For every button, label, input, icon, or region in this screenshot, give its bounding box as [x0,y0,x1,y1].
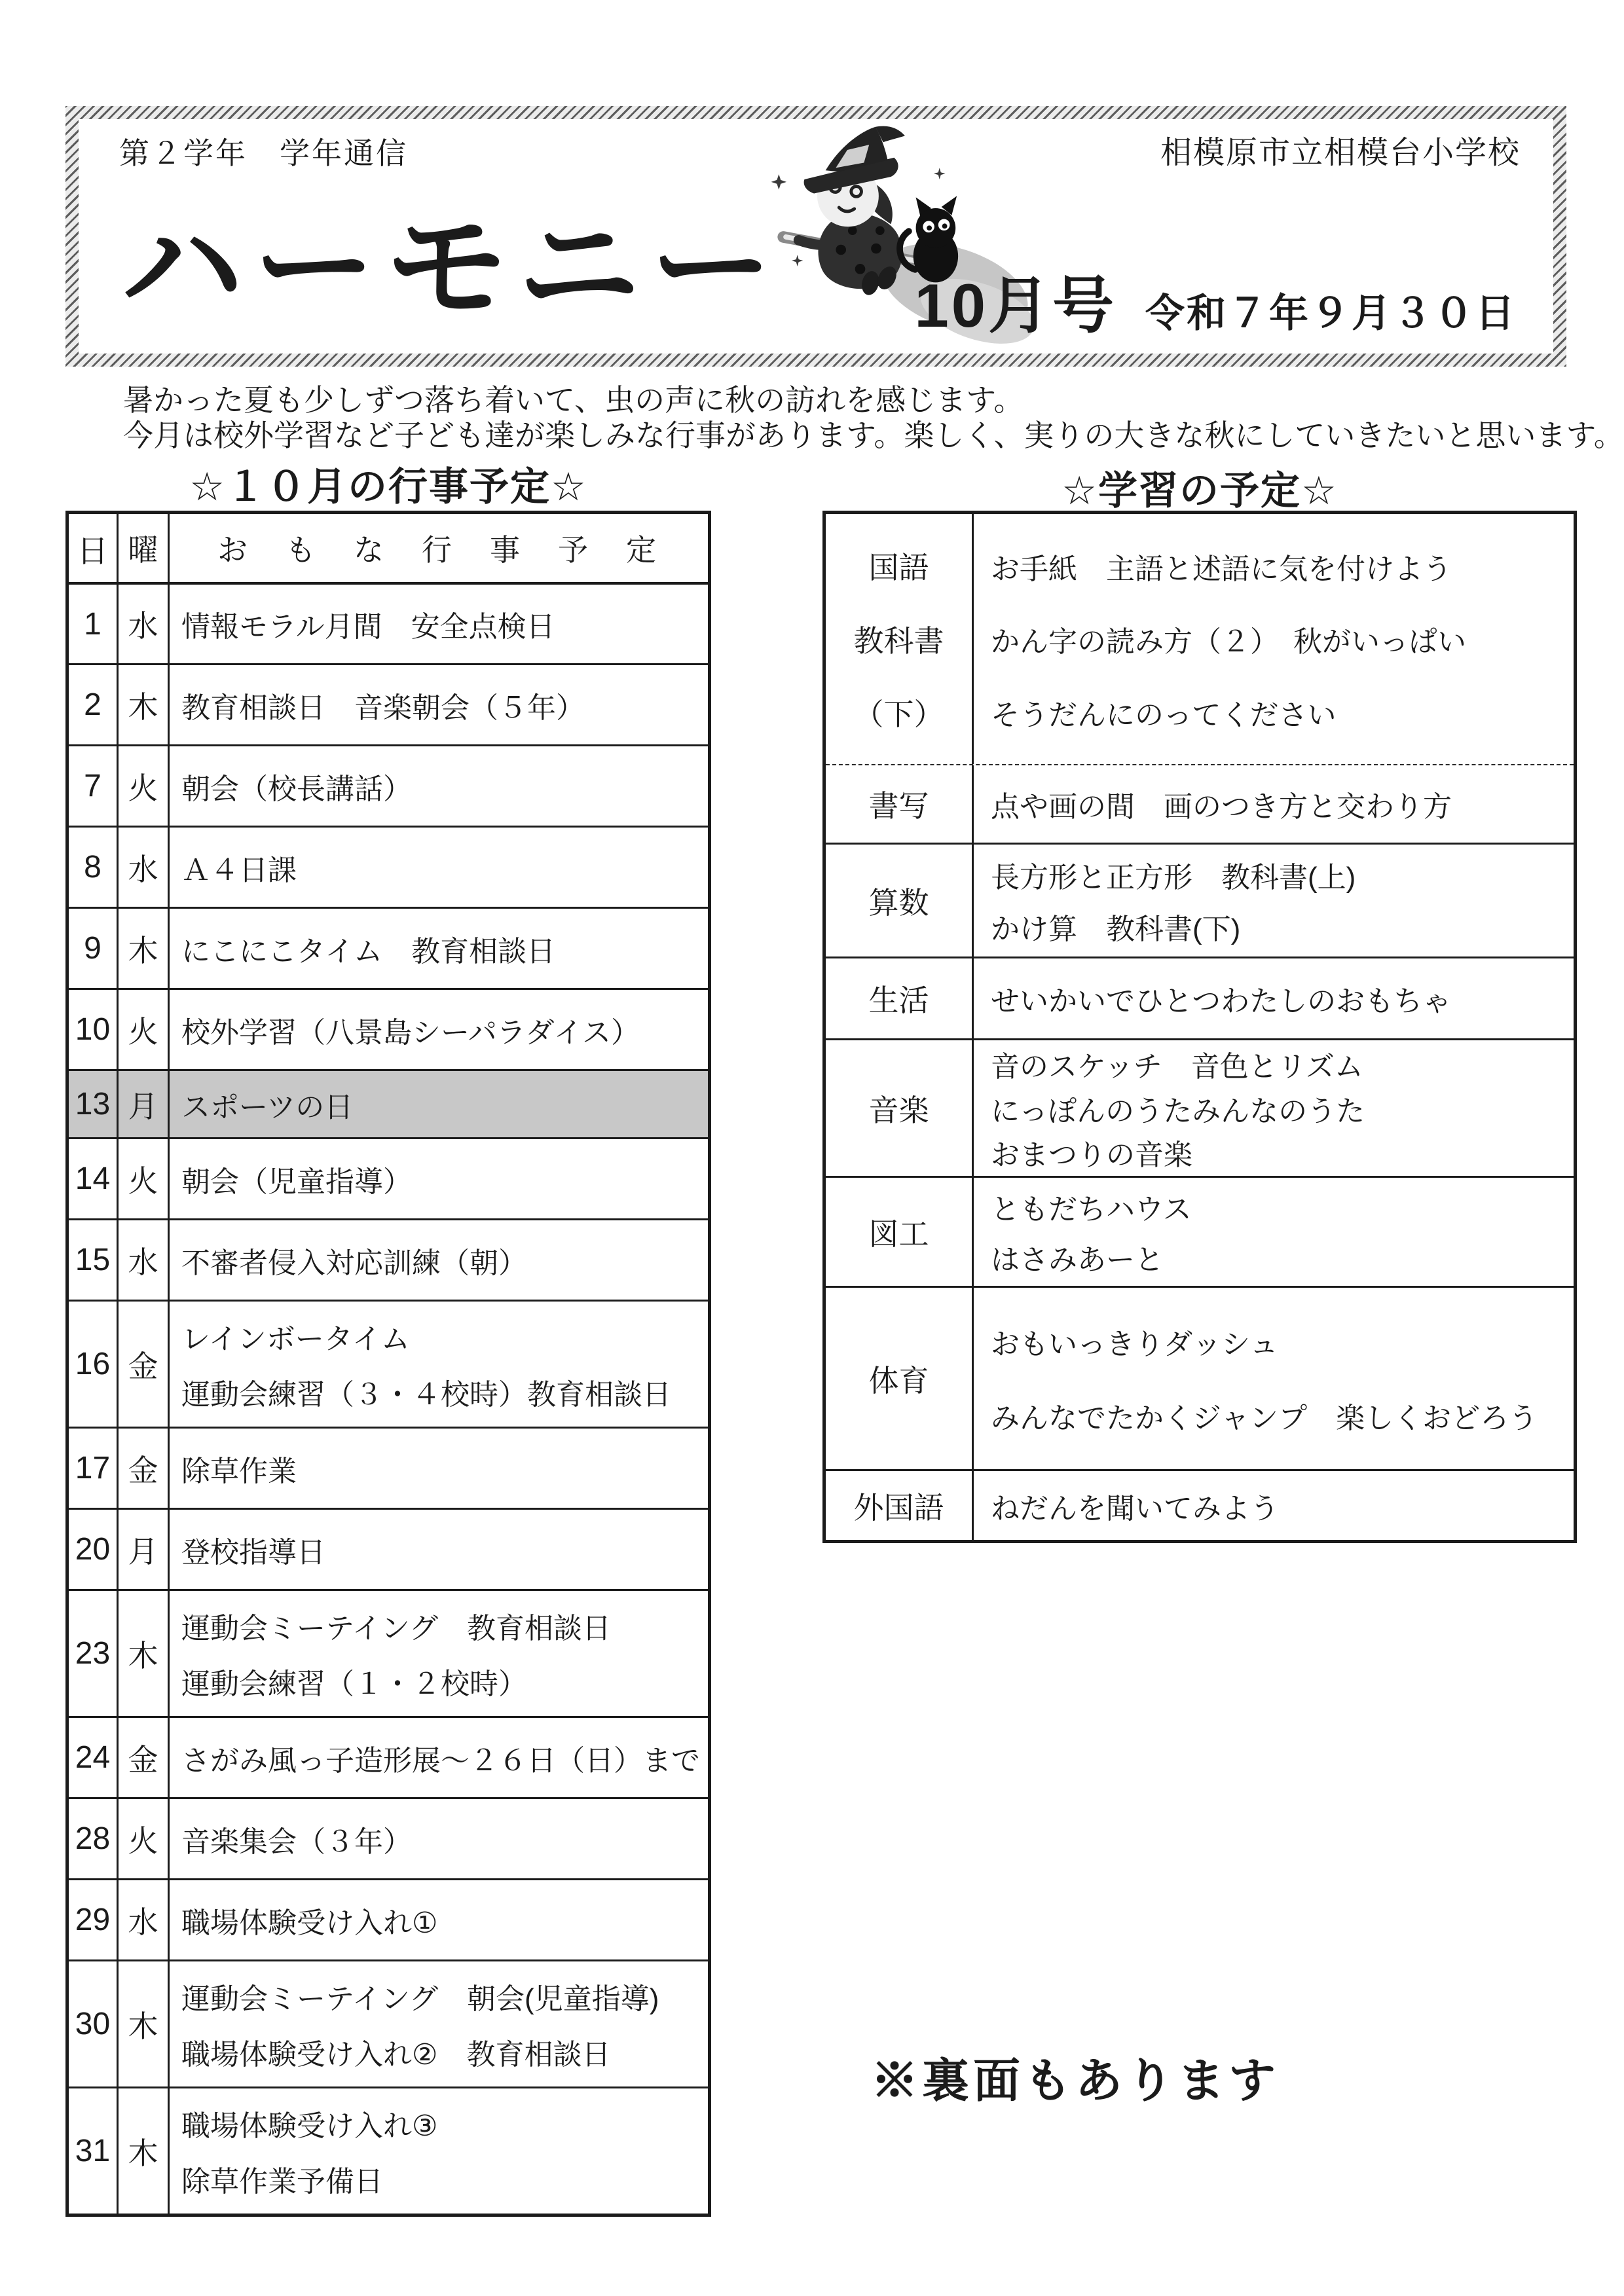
event-line: 登校指導日 [181,1529,325,1571]
learning-content-lines: お手紙 主語と述語に気を付けようかん字の読み方（２） 秋がいっぱいそうだんにのっ… [974,514,1574,764]
learning-content: せいかいでひとつわたしのおもちゃ [974,958,1574,1038]
event-row-17: 17金除草作業 [69,1427,708,1508]
event-description: 情報モラル月間 安全点検日 [170,585,708,663]
learning-content: 点や画の間 画のつき方と交わり方 [974,765,1574,843]
event-row-24: 24金さがみ風っ子造形展～２６日（日）まで [69,1716,708,1797]
event-line: 音楽集会（３年） [181,1818,412,1860]
event-weekday: 月 [119,1510,170,1589]
learning-subject-line: 体育 [869,1357,929,1400]
event-day: 16 [69,1302,119,1427]
learning-row-3: 生活せいかいでひとつわたしのおもちゃ [826,957,1574,1038]
newsletter-page: 第２学年 学年通信 相模原市立相模台小学校 ハーモニー [0,0,1624,2296]
learning-content: ともだちハウスはさみあーと [974,1178,1574,1286]
learning-content-lines: ともだちハウスはさみあーと [974,1178,1574,1286]
learning-subject: 図工 [826,1178,974,1286]
school-name: 相模原市立相模台小学校 [1160,127,1521,172]
witch-icon [799,126,905,297]
event-description-lines: レインボータイム運動会練習（３・４校時）教育相談日 [170,1302,708,1427]
event-description: 登校指導日 [170,1510,708,1589]
learning-content-lines: せいかいでひとつわたしのおもちゃ [974,958,1574,1038]
event-description-lines: 教育相談日 音楽朝会（５年） [170,665,708,744]
event-day: 23 [69,1591,119,1716]
event-day: 10 [69,990,119,1069]
event-line: 校外学習（八景島シーパラダイス） [181,1009,640,1051]
event-weekday: 金 [119,1302,170,1427]
event-day: 28 [69,1799,119,1878]
event-row-16: 16金レインボータイム運動会練習（３・４校時）教育相談日 [69,1300,708,1427]
learning-row-2: 算数長方形と正方形 教科書(上)かけ算 教科書(下) [826,843,1574,957]
issue-label: 10月号 [914,256,1116,344]
learning-content: 長方形と正方形 教科書(上)かけ算 教科書(下) [974,845,1574,957]
learning-subject: 外国語 [826,1471,974,1540]
event-row-14: 14火朝会（児童指導） [69,1137,708,1218]
event-row-9: 9木にこにこタイム 教育相談日 [69,907,708,988]
event-description: 教育相談日 音楽朝会（５年） [170,665,708,744]
learning-subject-line: 図工 [869,1211,929,1254]
event-description: 運動会ミーテイング 教育相談日運動会練習（１・２校時） [170,1591,708,1716]
event-weekday: 木 [119,909,170,988]
event-line: スポーツの日 [181,1084,353,1125]
newsletter-type: 第２学年 学年通信 [119,130,408,173]
learning-content-lines: おもいっきりダッシュみんなでたかくジャンプ 楽しくおどろう [974,1288,1574,1469]
learning-line: 点や画の間 画のつき方と交わり方 [991,783,1452,825]
event-day: 17 [69,1429,119,1508]
event-row-8: 8水Ａ４日課 [69,826,708,907]
learning-line: はさみあーと [991,1236,1164,1278]
events-col-main: お も な 行 事 予 定 [170,514,708,582]
event-row-20: 20月登校指導日 [69,1508,708,1589]
event-description-lines: 運動会ミーテイング 朝会(児童指導)職場体験受け入れ② 教育相談日 [170,1961,708,2086]
learning-subject-line: 生活 [869,977,929,1020]
learning-subject: 書写 [826,765,974,843]
event-weekday: 木 [119,665,170,744]
event-day: 7 [69,746,119,826]
event-row-13: 13月スポーツの日 [69,1069,708,1137]
learning-content: ねだんを聞いてみよう [974,1471,1574,1540]
event-description-lines: 職場体験受け入れ③除草作業予備日 [170,2088,708,2214]
event-weekday: 火 [119,1139,170,1218]
event-line: 朝会（校長講話） [181,765,412,807]
event-description: 運動会ミーテイング 朝会(児童指導)職場体験受け入れ② 教育相談日 [170,1961,708,2086]
learning-content-lines: 点や画の間 画のつき方と交わり方 [974,765,1574,843]
events-header-row: 日曜お も な 行 事 予 定 [69,514,708,582]
event-line: 運動会ミーテイング 教育相談日 [181,1605,611,1647]
event-weekday: 水 [119,1880,170,1959]
learning-row-1: 書写点や画の間 画のつき方と交わり方 [826,764,1574,843]
event-description: 職場体験受け入れ① [170,1880,708,1959]
learning-row-7: 外国語ねだんを聞いてみよう [826,1469,1574,1540]
event-line: 教育相談日 音楽朝会（５年） [181,684,585,726]
learning-line: ともだちハウス [991,1186,1192,1228]
event-day: 8 [69,828,119,907]
learning-line: お手紙 主語と述語に気を付けよう [991,545,1452,587]
event-day: 2 [69,665,119,744]
event-day: 9 [69,909,119,988]
event-weekday: 月 [119,1071,170,1137]
header-box: 第２学年 学年通信 相模原市立相模台小学校 ハーモニー [65,106,1566,367]
event-row-15: 15水不審者侵入対応訓練（朝） [69,1218,708,1300]
events-col-day: 日 [69,514,119,582]
learning-content: お手紙 主語と述語に気を付けようかん字の読み方（２） 秋がいっぱいそうだんにのっ… [974,514,1574,764]
event-day: 30 [69,1961,119,2086]
learning-line: そうだんにのってください [991,691,1337,733]
event-day: 1 [69,585,119,663]
event-description: レインボータイム運動会練習（３・４校時）教育相談日 [170,1302,708,1427]
event-description-lines: 朝会（児童指導） [170,1139,708,1218]
learning-subject: 体育 [826,1288,974,1469]
learning-line: かけ算 教科書(下) [991,905,1240,947]
event-day: 13 [69,1071,119,1137]
event-description: Ａ４日課 [170,828,708,907]
event-description: 音楽集会（３年） [170,1799,708,1878]
learning-table: 国語教科書（下）お手紙 主語と述語に気を付けようかん字の読み方（２） 秋がいっぱ… [822,511,1577,1543]
event-row-2: 2木教育相談日 音楽朝会（５年） [69,663,708,744]
event-description-lines: 運動会ミーテイング 教育相談日運動会練習（１・２校時） [170,1591,708,1716]
back-side-note: ※裏面もあります [871,2043,1280,2111]
learning-line: おまつりの音楽 [991,1131,1192,1173]
learning-content-lines: ねだんを聞いてみよう [974,1471,1574,1540]
event-day: 14 [69,1139,119,1218]
learning-row-4: 音楽音のスケッチ 音色とリズムにっぽんのうたみんなのうたおまつりの音楽 [826,1038,1574,1176]
event-description: 除草作業 [170,1429,708,1508]
learning-content: おもいっきりダッシュみんなでたかくジャンプ 楽しくおどろう [974,1288,1574,1469]
event-row-23: 23木運動会ミーテイング 教育相談日運動会練習（１・２校時） [69,1589,708,1716]
learning-subject-line: 音楽 [869,1087,929,1130]
event-line: Ａ４日課 [181,847,297,888]
event-description-lines: Ａ４日課 [170,828,708,907]
event-line: 運動会練習（１・２校時） [181,1660,527,1702]
event-row-10: 10火校外学習（八景島シーパラダイス） [69,988,708,1069]
learning-row-0: 国語教科書（下）お手紙 主語と述語に気を付けようかん字の読み方（２） 秋がいっぱ… [826,514,1574,764]
event-description-lines: 不審者侵入対応訓練（朝） [170,1220,708,1300]
learning-subject-line: 教科書 [854,617,944,661]
issue-date: 令和７年９月３０日 [1145,282,1517,338]
events-col-main-label: お も な 行 事 予 定 [217,526,660,570]
event-description-lines: 登校指導日 [170,1510,708,1589]
learning-subject-line: 書写 [869,782,929,826]
learning-content-lines: 音のスケッチ 音色とリズムにっぽんのうたみんなのうたおまつりの音楽 [974,1040,1574,1176]
event-line: 職場体験受け入れ① [181,1899,437,1941]
event-description: にこにこタイム 教育相談日 [170,909,708,988]
event-row-28: 28火音楽集会（３年） [69,1797,708,1878]
event-line: 朝会（児童指導） [181,1158,412,1200]
learning-subject: 国語教科書（下） [826,514,974,764]
event-description: 校外学習（八景島シーパラダイス） [170,990,708,1069]
issue-info: 10月号 令和７年９月３０日 [914,256,1517,344]
event-weekday: 木 [119,2088,170,2214]
learning-line: ねだんを聞いてみよう [991,1485,1279,1527]
event-description-lines: さがみ風っ子造形展～２６日（日）まで [170,1718,708,1797]
intro-paragraph: 暑かった夏も少しずつ落ち着いて、虫の声に秋の訪れを感じます。 今月は校外学習など… [123,382,1624,454]
event-row-29: 29水職場体験受け入れ① [69,1878,708,1959]
event-day: 31 [69,2088,119,2214]
learning-subject: 音楽 [826,1040,974,1176]
event-description: 職場体験受け入れ③除草作業予備日 [170,2088,708,2214]
event-line: 除草作業 [181,1448,297,1489]
events-table: 日曜お も な 行 事 予 定1水情報モラル月間 安全点検日2木教育相談日 音楽… [65,511,711,2217]
event-weekday: 火 [119,1799,170,1878]
learning-subject-line: 算数 [869,879,929,922]
learning-subject: 算数 [826,845,974,957]
event-row-7: 7火朝会（校長講話） [69,744,708,826]
event-description-lines: スポーツの日 [170,1071,708,1137]
event-day: 29 [69,1880,119,1959]
event-row-31: 31木職場体験受け入れ③除草作業予備日 [69,2086,708,2214]
header-inner: 第２学年 学年通信 相模原市立相模台小学校 ハーモニー [79,119,1553,354]
event-description-lines: 職場体験受け入れ① [170,1880,708,1959]
learning-content: 音のスケッチ 音色とリズムにっぽんのうたみんなのうたおまつりの音楽 [974,1040,1574,1176]
event-line: レインボータイム [181,1315,410,1357]
learning-line: にっぽんのうたみんなのうた [991,1087,1365,1129]
newsletter-title: ハーモニー [120,206,782,329]
event-line: 職場体験受け入れ② 教育相談日 [181,2031,610,2073]
event-day: 20 [69,1510,119,1589]
learning-subject: 生活 [826,958,974,1038]
event-line: 運動会練習（３・４校時）教育相談日 [181,1371,671,1413]
event-weekday: 金 [119,1429,170,1508]
event-weekday: 水 [119,828,170,907]
event-line: 除草作業予備日 [181,2158,383,2200]
learning-line: 音のスケッチ 音色とリズム [991,1043,1363,1085]
event-weekday: 水 [119,1220,170,1300]
events-col-weekday: 曜 [119,514,170,582]
learning-line: おもいっきりダッシュ [991,1321,1278,1362]
event-weekday: 木 [119,1961,170,2086]
event-description-lines: 音楽集会（３年） [170,1799,708,1878]
learning-content-lines: 長方形と正方形 教科書(上)かけ算 教科書(下) [974,845,1574,957]
event-description-lines: にこにこタイム 教育相談日 [170,909,708,988]
event-line: 不審者侵入対応訓練（朝） [181,1239,527,1281]
event-weekday: 火 [119,746,170,826]
event-description-lines: 除草作業 [170,1429,708,1508]
event-description-lines: 情報モラル月間 安全点検日 [170,585,708,663]
event-line: 運動会ミーテイング 朝会(児童指導) [181,1975,659,2017]
event-description-lines: 朝会（校長講話） [170,746,708,826]
event-row-1: 1水情報モラル月間 安全点検日 [69,582,708,663]
event-weekday: 水 [119,585,170,663]
event-description: スポーツの日 [170,1071,708,1137]
event-description: 不審者侵入対応訓練（朝） [170,1220,708,1300]
learning-subject-line: 国語 [869,544,929,587]
intro-line-2: 今月は校外学習など子ども達が楽しみな行事があります。楽しく、実りの大きな秋にして… [123,418,1624,453]
learning-line: かん字の読み方（２） 秋がいっぱい [991,618,1466,660]
learning-subject-line: （下） [854,691,944,734]
event-description: 朝会（児童指導） [170,1139,708,1218]
event-day: 15 [69,1220,119,1300]
intro-line-1: 暑かった夏も少しずつ落ち着いて、虫の声に秋の訪れを感じます。 [123,382,1624,418]
event-description: 朝会（校長講話） [170,746,708,826]
event-weekday: 金 [119,1718,170,1797]
learning-line: 長方形と正方形 教科書(上) [991,854,1356,896]
learning-row-6: 体育おもいっきりダッシュみんなでたかくジャンプ 楽しくおどろう [826,1286,1574,1469]
learning-heading: ☆学習の予定☆ [822,460,1577,516]
learning-line: みんなでたかくジャンプ 楽しくおどろう [991,1394,1538,1436]
events-heading: ☆１０月の行事予定☆ [65,456,711,512]
learning-subject-line: 外国語 [854,1484,944,1527]
event-line: 職場体験受け入れ③ [181,2102,437,2144]
event-weekday: 木 [119,1591,170,1716]
learning-row-5: 図工ともだちハウスはさみあーと [826,1176,1574,1286]
event-description: さがみ風っ子造形展～２６日（日）まで [170,1718,708,1797]
event-line: 情報モラル月間 安全点検日 [181,603,555,645]
learning-line: せいかいでひとつわたしのおもちゃ [991,977,1451,1019]
events-col-main-lines: お も な 行 事 予 定 [170,514,708,582]
event-description-lines: 校外学習（八景島シーパラダイス） [170,990,708,1069]
event-day: 24 [69,1718,119,1797]
event-row-30: 30木運動会ミーテイング 朝会(児童指導)職場体験受け入れ② 教育相談日 [69,1959,708,2086]
event-line: さがみ風っ子造形展～２６日（日）まで [181,1737,700,1779]
event-weekday: 火 [119,990,170,1069]
event-line: にこにこタイム 教育相談日 [181,928,555,970]
